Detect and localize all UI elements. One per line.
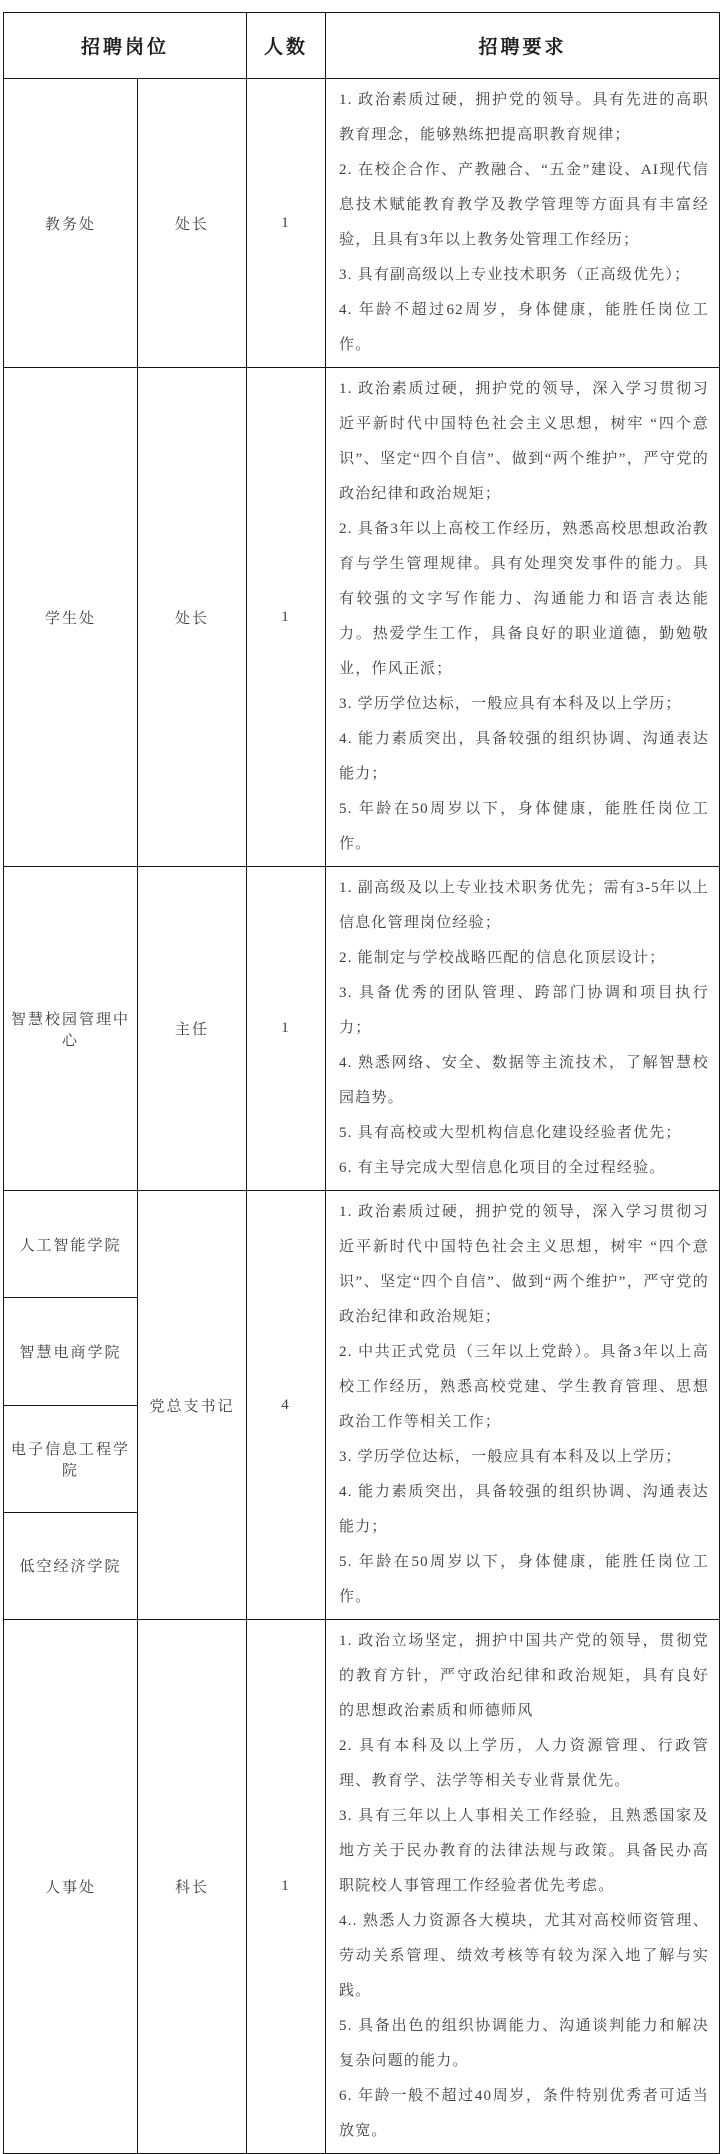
position-title-cell: 主任 [138, 867, 247, 1191]
requirements-cell: 1. 政治素质过硬，拥护党的领导，深入学习贯彻习近平新时代中国特色社会主义思想，… [326, 368, 720, 867]
requirements-cell: 1. 政治立场坚定，拥护中国共产党的领导，贯彻党的教育方针，严守政治纪律和政治规… [326, 1620, 720, 2154]
requirements-list: 1. 政治素质过硬，拥护党的领导，深入学习贯彻习近平新时代中国特色社会主义思想，… [339, 372, 709, 862]
position-title-cell: 党总支书记 [138, 1191, 247, 1620]
requirements-list: 1. 政治立场坚定，拥护中国共产党的领导，贯彻党的教育方针，严守政治纪律和政治规… [339, 1624, 709, 2149]
requirement-item: 1. 政治素质过硬，拥护党的领导，深入学习贯彻习近平新时代中国特色社会主义思想，… [339, 1195, 709, 1335]
requirements-cell: 1. 副高级及以上专业技术职务优先；需有3-5年以上信息化管理岗位经验；2. 能… [326, 867, 720, 1191]
department-cell: 人事处 [4, 1620, 138, 2154]
requirement-item: 2. 中共正式党员（三年以上党龄）。具备3年以上高校工作经历，熟悉高校党建、学生… [339, 1335, 709, 1440]
header-requirements: 招聘要求 [326, 13, 720, 79]
requirements-cell: 1. 政治素质过硬，拥护党的领导。具有先进的高职教育理念，能够熟练把提高职教育规… [326, 79, 720, 368]
requirements-cell: 1. 政治素质过硬，拥护党的领导，深入学习贯彻习近平新时代中国特色社会主义思想，… [326, 1191, 720, 1620]
requirement-item: 5. 具备出色的组织协调能力、沟通谈判能力和解决复杂问题的能力。 [339, 2009, 709, 2079]
position-title-cell: 处长 [138, 368, 247, 867]
department-cell: 低空经济学院 [4, 1512, 138, 1619]
department-cell: 智慧校园管理中心 [4, 867, 138, 1191]
requirement-item: 3. 具备优秀的团队管理、跨部门协调和项目执行力； [339, 976, 709, 1046]
table-header-row: 招聘岗位 人数 招聘要求 [4, 13, 720, 79]
table-row: 智慧校园管理中心 主任 1 1. 副高级及以上专业技术职务优先；需有3-5年以上… [4, 867, 720, 1191]
requirement-item: 3. 学历学位达标，一般应具有本科及以上学历； [339, 1440, 709, 1475]
requirement-item: 6. 年龄一般不超过40周岁，条件特别优秀者可适当放宽。 [339, 2079, 709, 2149]
requirement-item: 6. 有主导完成大型信息化项目的全过程经验。 [339, 1151, 709, 1186]
table-row: 学生处 处长 1 1. 政治素质过硬，拥护党的领导，深入学习贯彻习近平新时代中国… [4, 368, 720, 867]
requirements-list: 1. 政治素质过硬，拥护党的领导。具有先进的高职教育理念，能够熟练把提高职教育规… [339, 83, 709, 363]
header-position-group: 招聘岗位 [4, 13, 247, 79]
position-title-cell: 处长 [138, 79, 247, 368]
requirement-item: 3. 具有三年以上人事相关工作经验，且熟悉国家及地方关于民办教育的法律法规与政策… [339, 1799, 709, 1904]
department-cell: 学生处 [4, 368, 138, 867]
requirement-item: 1. 政治素质过硬，拥护党的领导。具有先进的高职教育理念，能够熟练把提高职教育规… [339, 83, 709, 153]
requirement-item: 3. 具有副高级以上专业技术职务（正高级优先）； [339, 258, 709, 293]
requirement-item: 2. 具备3年以上高校工作经历，熟悉高校思想政治教育与学生管理规律。具有处理突发… [339, 512, 709, 687]
requirement-item: 1. 副高级及以上专业技术职务优先；需有3-5年以上信息化管理岗位经验； [339, 871, 709, 941]
requirement-item: 1. 政治立场坚定，拥护中国共产党的领导，贯彻党的教育方针，严守政治纪律和政治规… [339, 1624, 709, 1729]
recruitment-table: 招聘岗位 人数 招聘要求 教务处 处长 1 1. 政治素质过硬，拥护党的领导。具… [3, 12, 720, 2154]
requirement-item: 5. 年龄在50周岁以下，身体健康，能胜任岗位工作。 [339, 1545, 709, 1615]
requirement-item: 4. 能力素质突出，具备较强的组织协调、沟通表达能力； [339, 722, 709, 792]
table-row: 人事处 科长 1 1. 政治立场坚定，拥护中国共产党的领导，贯彻党的教育方针，严… [4, 1620, 720, 2154]
requirement-item: 4. 能力素质突出，具备较强的组织协调、沟通表达能力； [339, 1475, 709, 1545]
department-cell: 智慧电商学院 [4, 1298, 138, 1405]
position-title-cell: 科长 [138, 1620, 247, 2154]
table-row: 教务处 处长 1 1. 政治素质过硬，拥护党的领导。具有先进的高职教育理念，能够… [4, 79, 720, 368]
headcount-cell: 1 [247, 79, 326, 368]
headcount-cell: 1 [247, 368, 326, 867]
requirement-item: 3. 学历学位达标，一般应具有本科及以上学历； [339, 687, 709, 722]
headcount-cell: 1 [247, 867, 326, 1191]
requirement-item: 2. 能制定与学校战略匹配的信息化顶层设计； [339, 941, 709, 976]
requirement-item: 5. 具有高校或大型机构信息化建设经验者优先； [339, 1116, 709, 1151]
requirement-item: 4. 年龄不超过62周岁，身体健康，能胜任岗位工作。 [339, 293, 709, 363]
requirement-item: 2. 在校企合作、产教融合、“五金”建设、AI现代信息技术赋能教育教学及教学管理… [339, 153, 709, 258]
table-row: 人工智能学院 党总支书记 4 1. 政治素质过硬，拥护党的领导，深入学习贯彻习近… [4, 1191, 720, 1298]
requirement-item: 4. 熟悉网络、安全、数据等主流技术，了解智慧校园趋势。 [339, 1046, 709, 1116]
requirements-list: 1. 副高级及以上专业技术职务优先；需有3-5年以上信息化管理岗位经验；2. 能… [339, 871, 709, 1186]
department-cell: 人工智能学院 [4, 1191, 138, 1298]
department-cell: 电子信息工程学院 [4, 1405, 138, 1512]
headcount-cell: 4 [247, 1191, 326, 1620]
requirements-list: 1. 政治素质过硬，拥护党的领导，深入学习贯彻习近平新时代中国特色社会主义思想，… [339, 1195, 709, 1615]
header-headcount: 人数 [247, 13, 326, 79]
requirement-item: 2. 具有本科及以上学历，人力资源管理、行政管理、教育学、法学等相关专业背景优先… [339, 1729, 709, 1799]
requirement-item: 5. 年龄在50周岁以下，身体健康，能胜任岗位工作。 [339, 792, 709, 862]
requirement-item: 1. 政治素质过硬，拥护党的领导，深入学习贯彻习近平新时代中国特色社会主义思想，… [339, 372, 709, 512]
headcount-cell: 1 [247, 1620, 326, 2154]
requirement-item: 4.. 熟悉人力资源各大模块，尤其对高校师资管理、劳动关系管理、绩效考核等有较为… [339, 1904, 709, 2009]
page-background: 招聘岗位 人数 招聘要求 教务处 处长 1 1. 政治素质过硬，拥护党的领导。具… [0, 0, 722, 1797]
department-cell: 教务处 [4, 79, 138, 368]
